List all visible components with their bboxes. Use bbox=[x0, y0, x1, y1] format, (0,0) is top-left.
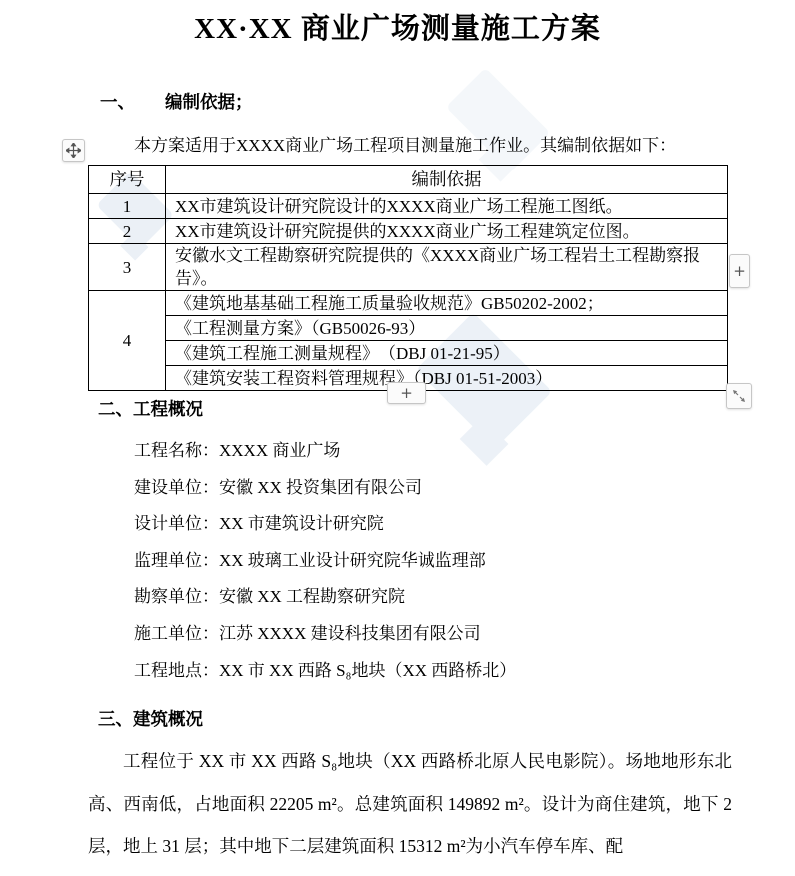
diagonal-resize-icon bbox=[731, 388, 747, 404]
section1-heading: 一、编制依据； bbox=[100, 89, 253, 114]
document-page: XX·XX 商业广场测量施工方案 一、编制依据； 本方案适用于XXXX商业广场工… bbox=[0, 0, 795, 876]
overview-item-owner: 建设单位：安徽 XX 投资集团有限公司 bbox=[134, 470, 694, 507]
row-text: XX市建筑设计研究院提供的XXXX商业广场工程建筑定位图。 bbox=[166, 219, 728, 244]
row-number: 3 bbox=[89, 244, 166, 291]
header-cell-basis: 编制依据 bbox=[166, 166, 728, 194]
overview-item-designer: 设计单位：XX 市建筑设计研究院 bbox=[134, 506, 694, 543]
header-cell-no: 序号 bbox=[89, 166, 166, 194]
overview-item-supervisor: 监理单位：XX 玻璃工业设计研究院华诚监理部 bbox=[134, 543, 694, 580]
table-header-row: 序号 编制依据 bbox=[89, 166, 728, 194]
basis-table: 序号 编制依据 1 XX市建筑设计研究院设计的XXXX商业广场工程施工图纸。 2… bbox=[88, 165, 728, 391]
row-number: 4 bbox=[89, 291, 166, 391]
row-text: 《建筑工程施工测量规程》 （DBJ 01-21-95） bbox=[166, 341, 728, 366]
section1-intro: 本方案适用于XXXX商业广场工程项目测量施工作业。其编制依据如下： bbox=[134, 131, 734, 156]
row-text: 《工程测量方案》（GB50026-93） bbox=[166, 316, 728, 341]
section1-title: 编制依据； bbox=[165, 92, 253, 112]
row-text: XX市建筑设计研究院设计的XXXX商业广场工程施工图纸。 bbox=[166, 194, 728, 219]
overview-item-contractor: 施工单位：江苏 XXXX 建设科技集团有限公司 bbox=[134, 616, 694, 653]
table-row: 4 《建筑地基基础工程施工质量验收规范》GB50202-2002； bbox=[89, 291, 728, 316]
row-number: 2 bbox=[89, 219, 166, 244]
table-row: 《工程测量方案》（GB50026-93） bbox=[89, 316, 728, 341]
row-text: 安徽水文工程勘察研究院提供的《XXXX商业广场工程岩土工程勘察报告》。 bbox=[166, 244, 728, 291]
overview-item-name: 工程名称：XXXX 商业广场 bbox=[134, 433, 694, 470]
project-overview-list: 工程名称：XXXX 商业广场 建设单位：安徽 XX 投资集团有限公司 设计单位：… bbox=[134, 433, 694, 689]
add-column-button[interactable]: + bbox=[729, 254, 750, 288]
document-title: XX·XX 商业广场测量施工方案 bbox=[0, 6, 795, 47]
table-move-handle[interactable] bbox=[62, 139, 85, 162]
row-text: 《建筑安装工程资料管理规程》（DBJ 01-51-2003） bbox=[166, 366, 728, 391]
table-resize-handle[interactable] bbox=[726, 383, 752, 409]
section3-heading: 三、建筑概况 bbox=[98, 706, 203, 731]
table-row: 2 XX市建筑设计研究院提供的XXXX商业广场工程建筑定位图。 bbox=[89, 219, 728, 244]
building-overview-paragraph: 工程位于 XX 市 XX 西路 S₈地块（XX 西路桥北原人民电影院）。场地地形… bbox=[88, 740, 732, 868]
plus-icon: + bbox=[400, 384, 413, 402]
table-row: 1 XX市建筑设计研究院设计的XXXX商业广场工程施工图纸。 bbox=[89, 194, 728, 219]
row-number: 1 bbox=[89, 194, 166, 219]
move-icon bbox=[66, 143, 81, 158]
section2-heading: 二、工程概况 bbox=[98, 396, 203, 421]
add-row-button[interactable]: + bbox=[387, 382, 426, 404]
table-row: 3 安徽水文工程勘察研究院提供的《XXXX商业广场工程岩土工程勘察报告》。 bbox=[89, 244, 728, 291]
overview-item-location: 工程地点：XX 市 XX 西路 S₈地块（XX 西路桥北） bbox=[134, 653, 694, 690]
plus-icon: + bbox=[733, 262, 746, 280]
section1-number: 一、 bbox=[100, 92, 135, 112]
row-text: 《建筑地基基础工程施工质量验收规范》GB50202-2002； bbox=[166, 291, 728, 316]
overview-item-survey: 勘察单位：安徽 XX 工程勘察研究院 bbox=[134, 579, 694, 616]
table-row: 《建筑工程施工测量规程》 （DBJ 01-21-95） bbox=[89, 341, 728, 366]
